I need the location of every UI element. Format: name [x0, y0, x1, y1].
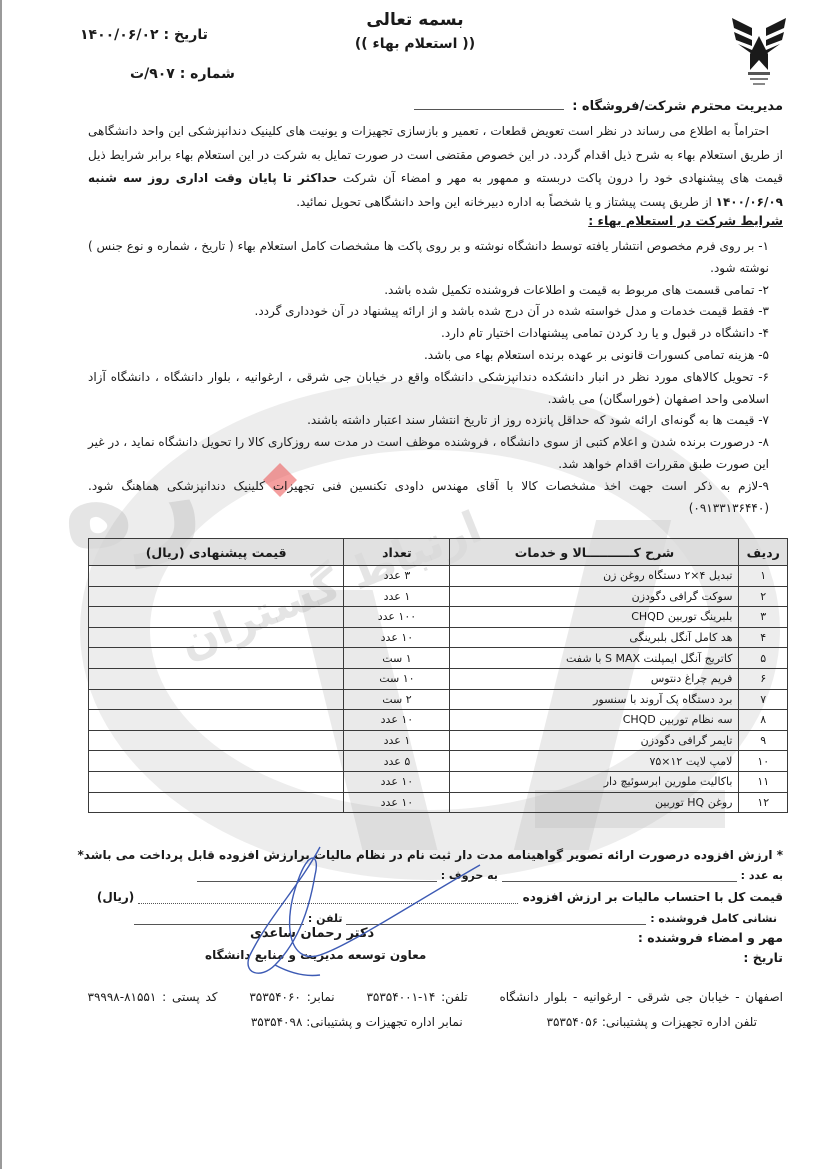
condition-item: ۱- بر روی فرم مخصوص انتشار یافته توسط دا… [88, 236, 783, 280]
footer-postal-code: کد پستی : ۸۱۵۵۱-۳۹۹۹۸ [88, 990, 218, 1004]
row-index: ۱۲ [739, 792, 788, 813]
row-quantity: ۱ عدد [344, 586, 450, 607]
row-quantity: ۵ عدد [344, 751, 450, 772]
row-index: ۷ [739, 689, 788, 710]
condition-item: ۹-لازم به ذکر است جهت اخذ مشخصات کالا با… [88, 476, 783, 520]
row-quantity: ۱۰ عدد [344, 710, 450, 731]
row-price-field[interactable] [89, 586, 344, 607]
row-index: ۲ [739, 586, 788, 607]
table-row: ۳بلبرینگ توربین CHQD۱۰۰ عدد [89, 607, 788, 628]
footer-fax: نمابر: ۳۵۳۵۴۰۶۰ [249, 990, 334, 1004]
row-index: ۳ [739, 607, 788, 628]
row-description: لامپ لایت ۱۲×۷۵ [450, 751, 739, 772]
seller-address-label: نشانی کامل فروشنده : [650, 912, 777, 925]
table-header-row: ردیف شرح کـــــــــــالا و خدمات تعداد ق… [89, 539, 788, 566]
condition-item: ۳- فقط قیمت خدمات و مدل خواسته شده در آن… [88, 301, 783, 323]
table-row: ۱تبدیل ۴×۲ دستگاه روغن زن۳ عدد [89, 566, 788, 587]
row-description: تبدیل ۴×۲ دستگاه روغن زن [450, 566, 739, 587]
row-index: ۱۰ [739, 751, 788, 772]
row-price-field[interactable] [89, 566, 344, 587]
currency-label: (ریال) [97, 890, 134, 904]
header-index: ردیف [739, 539, 788, 566]
seal-label: مهر و امضاء فروشنده : [638, 930, 783, 945]
table-row: ۶فریم چراغ دنتوس۱۰ ست [89, 668, 788, 689]
header-price: قیمت پیشنهادی (ریال) [89, 539, 344, 566]
table-row: ۸سه نظام توربین CHQD۱۰ عدد [89, 710, 788, 731]
row-index: ۱۱ [739, 771, 788, 792]
conditions-list: ۱- بر روی فرم مخصوص انتشار یافته توسط دا… [88, 236, 783, 519]
condition-item: ۸- درصورت برنده شدن و اعلام کتبی از سوی … [88, 432, 783, 476]
row-index: ۵ [739, 648, 788, 669]
table-row: ۹تایمر گرافی دگودزن۱ عدد [89, 730, 788, 751]
row-price-field[interactable] [89, 751, 344, 772]
row-quantity: ۲ ست [344, 689, 450, 710]
amount-digits-field[interactable] [502, 881, 737, 882]
row-index: ۸ [739, 710, 788, 731]
header-quantity: تعداد [344, 539, 450, 566]
document-page: ره ارتباط گستران بسمه تعالی (( استعلام ب… [0, 0, 827, 1169]
row-description: روغن HQ توربین [450, 792, 739, 813]
date-label: تاریخ : [163, 27, 207, 43]
row-price-field[interactable] [89, 730, 344, 751]
items-table: ردیف شرح کـــــــــــالا و خدمات تعداد ق… [88, 538, 788, 813]
row-description: کاتریج آنگل ایمپلنت S MAX با شفت [450, 648, 739, 669]
row-description: سوکت گرافی دگودزن [450, 586, 739, 607]
row-price-field[interactable] [89, 771, 344, 792]
row-quantity: ۱۰ ست [344, 668, 450, 689]
condition-item: ۴- دانشگاه در قبول و یا رد کردن تمامی پی… [88, 323, 783, 345]
footer-address: اصفهان - خیابان جی شرقی - ارغوانیه - بلو… [499, 990, 783, 1004]
condition-item: ۶- تحویل کالاهای مورد نظر در انبار دانشک… [88, 367, 783, 411]
row-quantity: ۱ عدد [344, 730, 450, 751]
document-date: تاریخ : ۱۴۰۰/۰۶/۰۲ [80, 27, 208, 43]
row-description: بلبرینگ توربین CHQD [450, 607, 739, 628]
row-quantity: ۳ عدد [344, 566, 450, 587]
addressee-blank[interactable] [414, 109, 564, 110]
scan-edge [0, 0, 2, 1169]
row-price-field[interactable] [89, 689, 344, 710]
number-value: ۹۰۷/ت [130, 66, 175, 82]
intro-paragraph: احتراماً به اطلاع می رساند در نظر است تع… [88, 120, 783, 214]
date-value: ۱۴۰۰/۰۶/۰۲ [80, 27, 159, 43]
row-index: ۹ [739, 730, 788, 751]
row-description: تایمر گرافی دگودزن [450, 730, 739, 751]
table-row: ۱۱باکالیت ملورین ابرسوئیچ دار۱۰ عدد [89, 771, 788, 792]
row-price-field[interactable] [89, 668, 344, 689]
table-row: ۲سوکت گرافی دگودزن۱ عدد [89, 586, 788, 607]
table-row: ۴هد کامل آنگل بلبرینگی۱۰ عدد [89, 627, 788, 648]
total-label: قیمت کل با احتساب مالیات بر ارزش افزوده [523, 890, 783, 904]
row-description: فریم چراغ دنتوس [450, 668, 739, 689]
document-title: (( استعلام بهاء )) [330, 36, 500, 52]
row-description: برد دستگاه پک آروند با سنسور [450, 689, 739, 710]
document-number: شماره : ۹۰۷/ت [130, 66, 235, 82]
table-row: ۵کاتریج آنگل ایمپلنت S MAX با شفت۱ ست [89, 648, 788, 669]
row-quantity: ۱۰ عدد [344, 771, 450, 792]
university-emblem-icon [728, 14, 790, 90]
number-label: شماره : [180, 66, 235, 82]
row-quantity: ۱۰ عدد [344, 792, 450, 813]
condition-item: ۵- هزینه تمامی کسورات قانونی بر عهده برن… [88, 345, 783, 367]
footer-equip-phone: تلفن اداره تجهیزات و پشتیبانی: ۳۵۳۵۴۰۵۶ [547, 1015, 757, 1029]
row-index: ۱ [739, 566, 788, 587]
footer-address-line: اصفهان - خیابان جی شرقی - ارغوانیه - بلو… [88, 990, 784, 1004]
date-field-label: تاریخ : [743, 950, 783, 965]
amount-digits-label: به عدد : [741, 869, 783, 882]
row-quantity: ۱ ست [344, 648, 450, 669]
footer-phone: تلفن: ۱۴-۳۵۳۵۴۰۰۱ [366, 990, 467, 1004]
row-price-field[interactable] [89, 648, 344, 669]
condition-item: ۲- تمامی قسمت های مربوط به قیمت و اطلاعا… [88, 280, 783, 302]
row-description: سه نظام توربین CHQD [450, 710, 739, 731]
row-description: باکالیت ملورین ابرسوئیچ دار [450, 771, 739, 792]
table-row: ۷برد دستگاه پک آروند با سنسور۲ ست [89, 689, 788, 710]
row-index: ۴ [739, 627, 788, 648]
row-price-field[interactable] [89, 710, 344, 731]
signature-icon [180, 845, 510, 985]
table-row: ۱۰لامپ لایت ۱۲×۷۵۵ عدد [89, 751, 788, 772]
row-description: هد کامل آنگل بلبرینگی [450, 627, 739, 648]
row-price-field[interactable] [89, 792, 344, 813]
addressee-line: مدیریت محترم شرکت/فروشگاه : [414, 99, 783, 114]
row-quantity: ۱۰۰ عدد [344, 607, 450, 628]
row-price-field[interactable] [89, 627, 344, 648]
conditions-title: شرایط شرکت در استعلام بهاء : [588, 213, 783, 228]
intro-text-end: از طریق پست پیشتاز و یا شخصاً به اداره د… [296, 195, 715, 209]
basmala-heading: بسمه تعالی [340, 10, 490, 30]
row-price-field[interactable] [89, 607, 344, 628]
addressee-label: مدیریت محترم شرکت/فروشگاه : [572, 99, 783, 114]
table-row: ۱۲روغن HQ توربین۱۰ عدد [89, 792, 788, 813]
header-description: شرح کـــــــــــالا و خدمات [450, 539, 739, 566]
footer-support-line: تلفن اداره تجهیزات و پشتیبانی: ۳۵۳۵۴۰۵۶ … [251, 1015, 757, 1029]
footer-equip-fax: نمابر اداره تجهیزات و پشتیبانی: ۳۵۳۵۴۰۹۸ [251, 1015, 463, 1029]
row-quantity: ۱۰ عدد [344, 627, 450, 648]
condition-item: ۷- قیمت ها به گونه‌ای ارائه شود که حداقل… [88, 410, 783, 432]
row-index: ۶ [739, 668, 788, 689]
